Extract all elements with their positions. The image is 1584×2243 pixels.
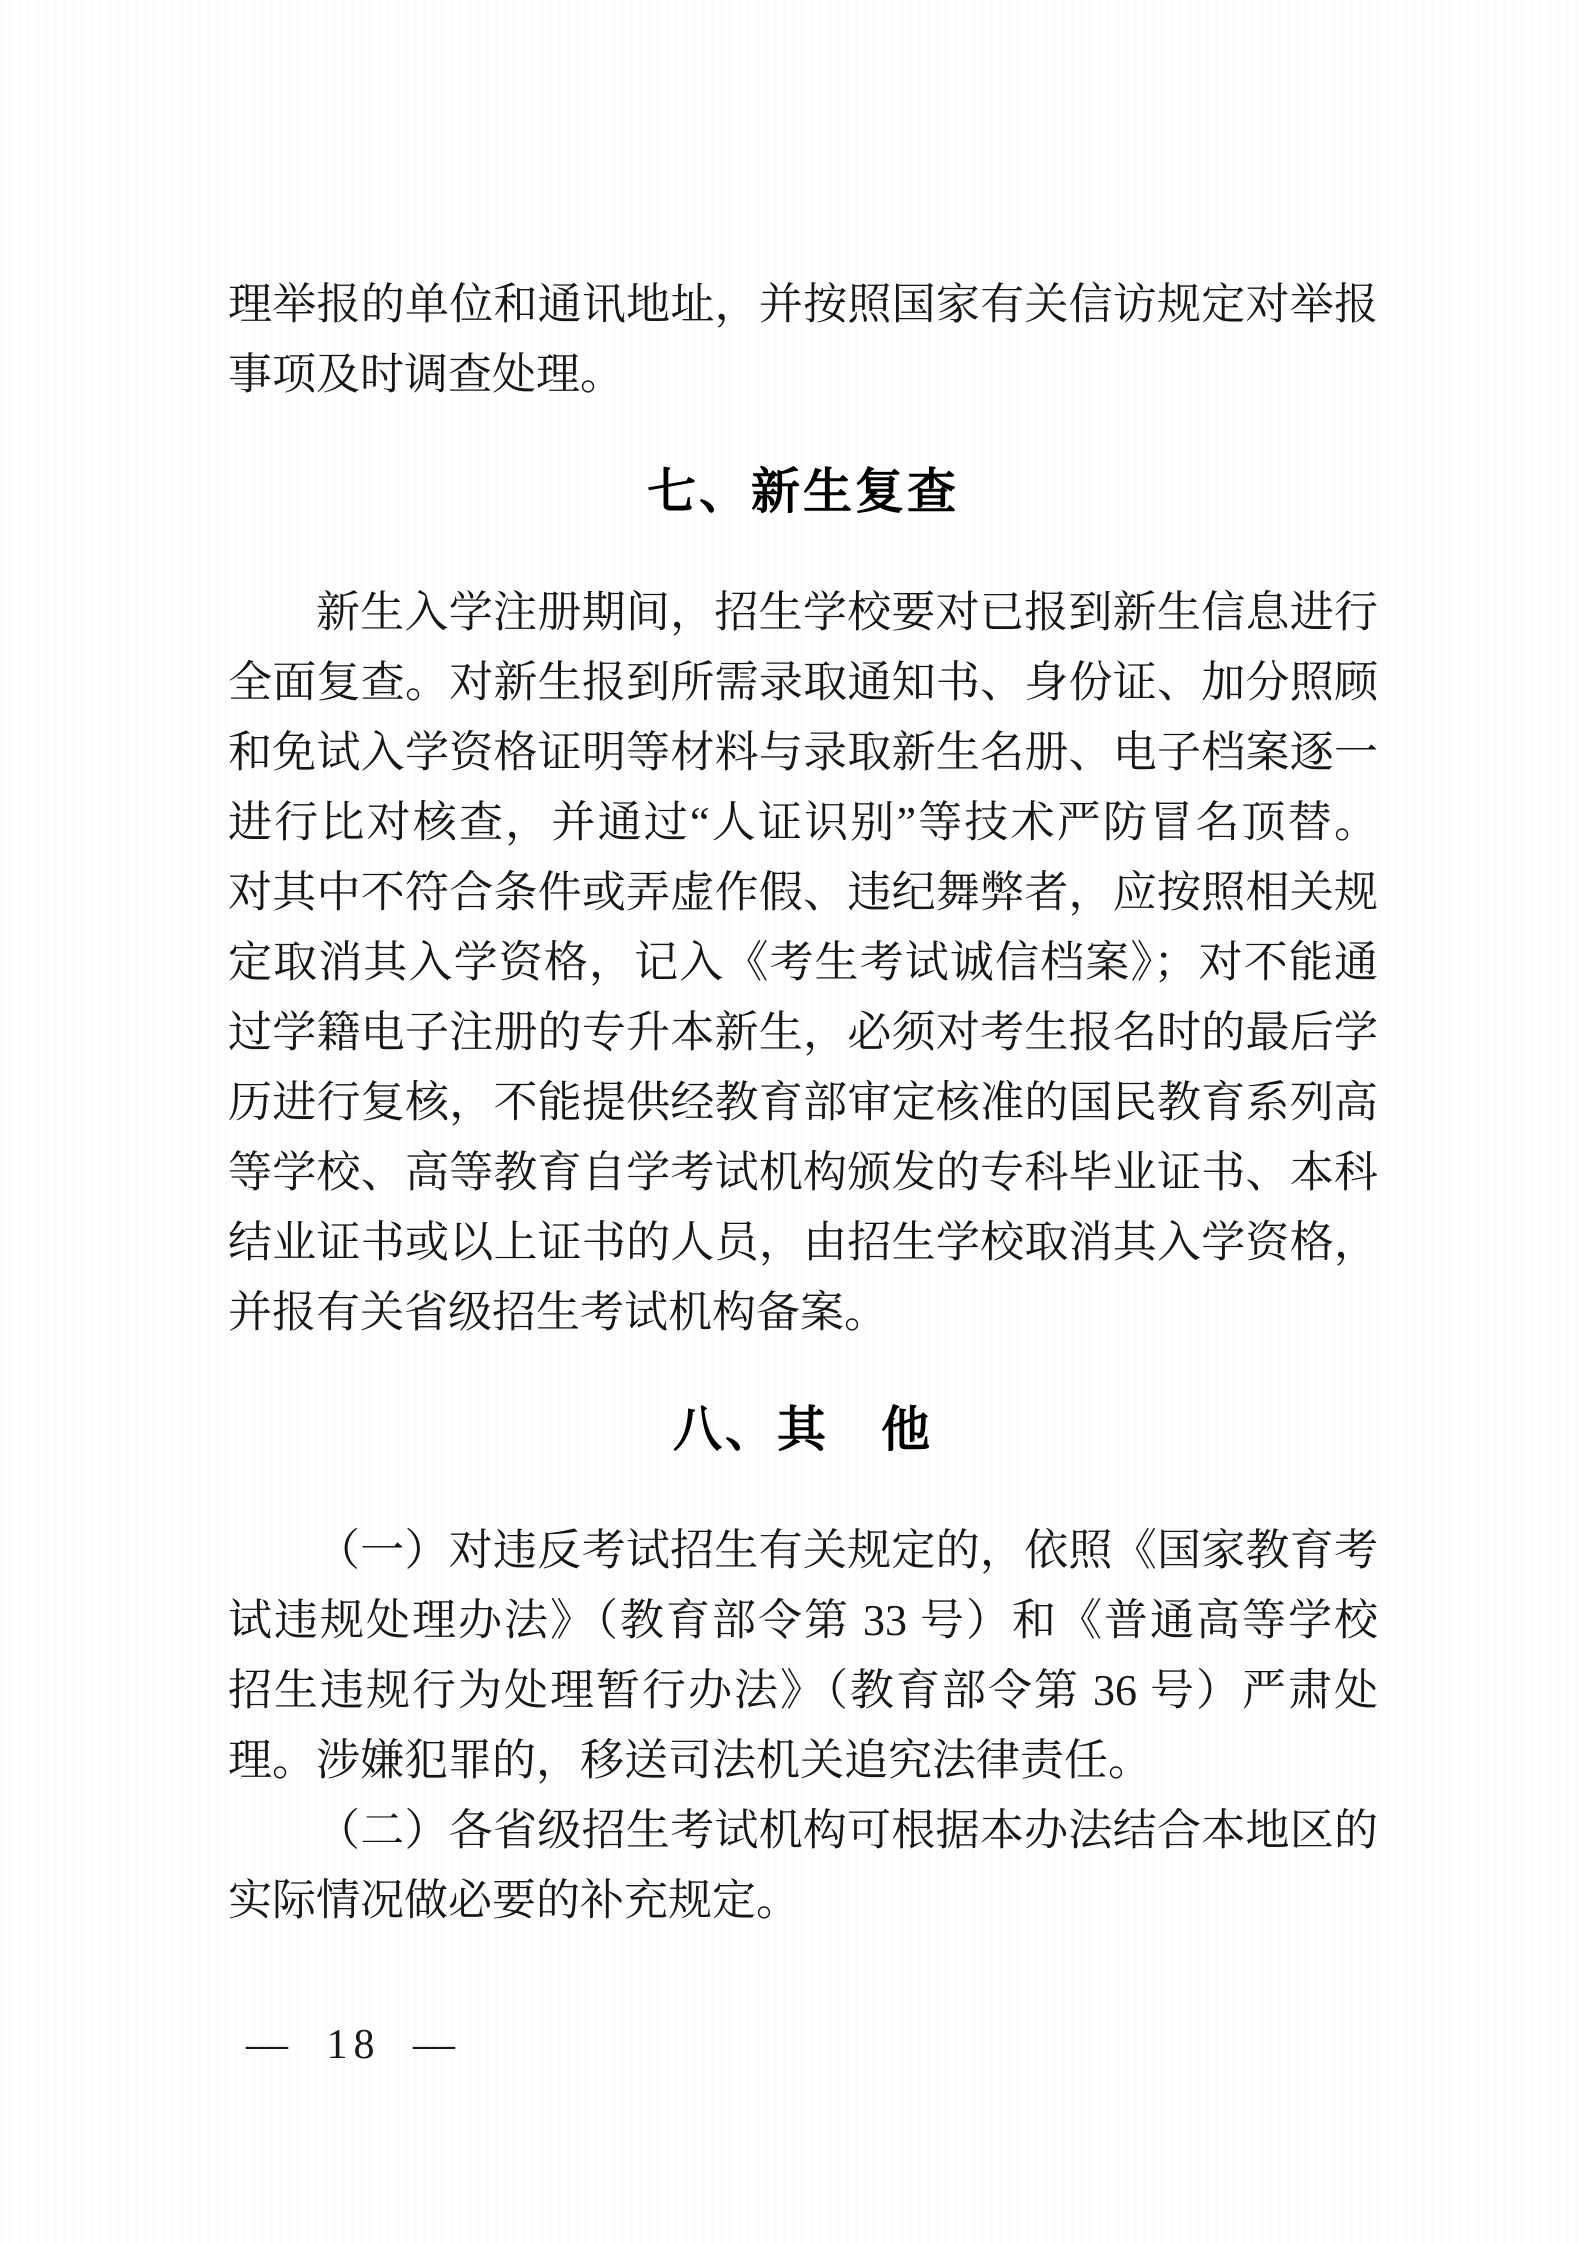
paragraph-new-student-recheck: 新生入学注册期间，招生学校要对已报到新生信息进行 全面复查。对新生报到所需录取通… — [228, 578, 1378, 1348]
body-text: 理举报的单位和通讯地址，并按照国家有关信访规定对举报 事项及时调查处理。 七、新… — [228, 270, 1378, 1936]
text-line: 全面复查。对新生报到所需录取通知书、身份证、加分照顾 — [228, 648, 1378, 718]
page-number: — 18 — — [246, 2022, 461, 2068]
text-line: 等学校、高等教育自学考试机构颁发的专科毕业证书、本科 — [228, 1138, 1378, 1208]
text-line: 招生违规行为处理暂行办法》（教育部令第 36 号）严肃处 — [228, 1656, 1378, 1726]
paragraph-other-item-one: （一）对违反考试招生有关规定的，依照《国家教育考 试违规处理办法》（教育部令第 … — [228, 1516, 1378, 1796]
paragraph-other-item-two: （二）各省级招生考试机构可根据本办法结合本地区的 实际情况做必要的补充规定。 — [228, 1796, 1378, 1936]
text-line: （一）对违反考试招生有关规定的，依照《国家教育考 — [228, 1516, 1378, 1586]
text-line: 并报有关省级招生考试机构备案。 — [228, 1278, 1378, 1348]
section-heading-eight: 八、其 他 — [228, 1400, 1378, 1460]
text-line: 新生入学注册期间，招生学校要对已报到新生信息进行 — [228, 578, 1378, 648]
page-footer: — 18 — — [246, 2022, 461, 2068]
text-line: 进行比对核查，并通过“人证识别”等技术严防冒名顶替。 — [228, 788, 1378, 858]
text-line: 实际情况做必要的补充规定。 — [228, 1866, 1378, 1936]
text-line: 和免试入学资格证明等材料与录取新生名册、电子档案逐一 — [228, 718, 1378, 788]
document-page: 理举报的单位和通讯地址，并按照国家有关信访规定对举报 事项及时调查处理。 七、新… — [0, 0, 1584, 2243]
paragraph-continuation: 理举报的单位和通讯地址，并按照国家有关信访规定对举报 事项及时调查处理。 — [228, 270, 1378, 410]
text-line: 结业证书或以上证书的人员，由招生学校取消其入学资格， — [228, 1208, 1378, 1278]
text-line: 事项及时调查处理。 — [228, 340, 1378, 410]
text-line: （二）各省级招生考试机构可根据本办法结合本地区的 — [228, 1796, 1378, 1866]
text-line: 定取消其入学资格，记入《考生考试诚信档案》；对不能通 — [228, 928, 1378, 998]
text-line: 理举报的单位和通讯地址，并按照国家有关信访规定对举报 — [228, 270, 1378, 340]
text-line: 过学籍电子注册的专升本新生，必须对考生报名时的最后学 — [228, 998, 1378, 1068]
text-line: 理。涉嫌犯罪的，移送司法机关追究法律责任。 — [228, 1726, 1378, 1796]
section-heading-seven: 七、新生复查 — [228, 462, 1378, 522]
text-line: 试违规处理办法》（教育部令第 33 号）和《普通高等学校 — [228, 1586, 1378, 1656]
text-line: 历进行复核，不能提供经教育部审定核准的国民教育系列高 — [228, 1068, 1378, 1138]
text-line: 对其中不符合条件或弄虚作假、违纪舞弊者，应按照相关规 — [228, 858, 1378, 928]
